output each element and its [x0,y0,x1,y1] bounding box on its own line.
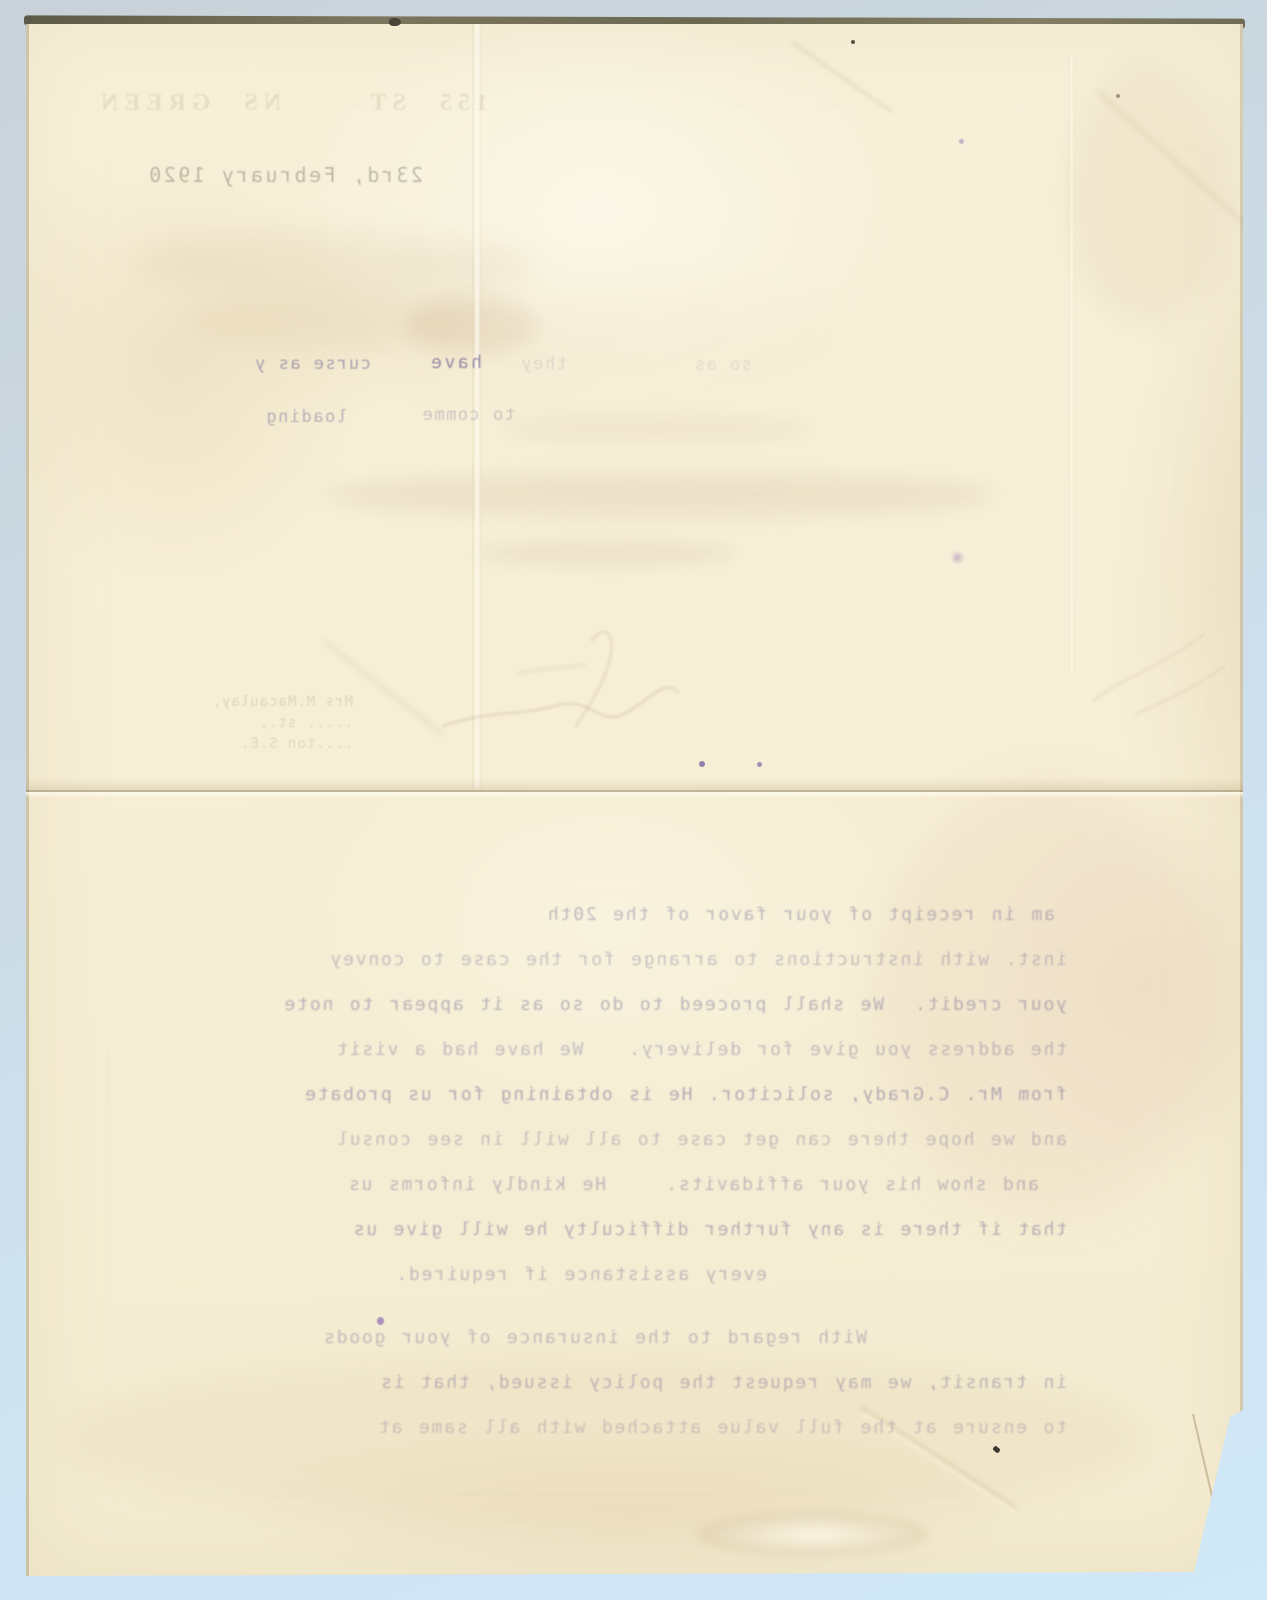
ghost-body-line: and show his your affidavits. He kindly … [175,1162,1067,1207]
stain [496,416,816,442]
ghost-date-line: 23rd, February 1920 [118,163,423,187]
ink-dot [953,553,962,562]
fold-crease-horizontal-highlight [26,792,1243,798]
ghost-body-line: every assistance if required. [175,1252,1067,1297]
top-edge-debris [389,18,401,26]
ghost-fragment-have: have [424,352,482,373]
ghost-body-line: and we hope there can get case to all wi… [175,1117,1067,1162]
stain [326,474,996,516]
ghost-body-line: am in receipt of your favor of the 20th [175,892,1067,937]
stain [1066,64,1226,324]
ghost-body-paragraph-1: am in receipt of your favor of the 20th … [175,892,1067,1297]
scanned-letter-back: 155 ST NS GREEN 23rd, February 1920 curs… [0,0,1267,1600]
ghost-body-line: inst. with instructions to arrange for t… [175,937,1067,982]
ink-dot [699,761,705,767]
ghost-fragment-to-comme: to comme [415,405,515,425]
ghost-address-line: ....ton S.E. [168,734,353,755]
ghost-body-line: in transit, we may request the policy is… [175,1360,1067,1405]
ghost-header-caps: 155 ST NS GREEN [128,90,488,117]
ink-dot [757,762,762,767]
ghost-body-line: that if there is any further difficulty … [175,1207,1067,1252]
fold-crease-vertical-faint [1068,54,1075,674]
ghost-fragment-loading: loading [255,407,347,427]
stain [406,296,536,354]
ghost-address-line: ..... st., [168,713,353,734]
ghost-body-line: to ensure at the full value attached wit… [175,1405,1067,1450]
ghost-body-line: your credit. We shall proceed to do so a… [175,982,1067,1027]
stain [476,540,736,566]
ghost-address-line: Mrs M.Macaulay, [168,692,353,713]
ghost-pencil-marks [1076,604,1236,734]
paper-sheet: 155 ST NS GREEN 23rd, February 1920 curs… [26,24,1243,1576]
ghost-fragment-so-as: so as [688,355,752,375]
ghost-fragment-they: they [515,354,567,374]
paper-left-edge [26,24,29,1576]
ghost-body-line: With regard to the insurance of your goo… [175,1315,1067,1360]
ghost-body-paragraph-2: With regard to the insurance of your goo… [175,1315,1067,1450]
ink-dot [959,139,964,144]
ink-speck [851,40,855,44]
crumple-bottom [698,1512,928,1557]
ghost-address-block: Mrs M.Macaulay, ..... st., ....ton S.E. [168,692,353,755]
paper-right-edge [1240,24,1243,1414]
crease-diagonal [792,42,891,112]
ghost-body-line: the address you give for delivery. We ha… [175,1027,1067,1072]
ghost-signature [426,614,756,784]
ghost-body-line: from Mr. C.Grady, solicitor. He is obtai… [175,1072,1067,1117]
dog-ear-crease [1192,1414,1230,1570]
ink-dot [377,1317,384,1325]
ghost-fragment-curse: curse as y [246,354,371,374]
ink-speck [1116,94,1120,98]
